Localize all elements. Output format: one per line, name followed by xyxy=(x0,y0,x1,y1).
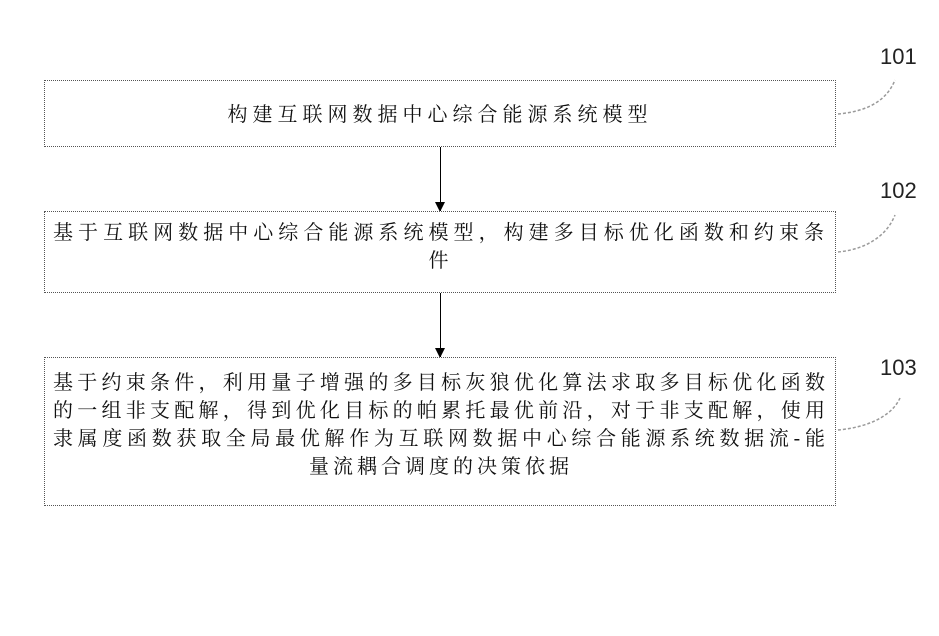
step-text-103: 基于约束条件，利用量子增强的多目标灰狼优化算法求取多目标优化函数的一组非支配解，… xyxy=(53,368,829,480)
step-label-102: 102 xyxy=(880,178,917,204)
leader-line-101 xyxy=(838,80,895,114)
step-text-102: 基于互联网数据中心综合能源系统模型，构建多目标优化函数和约束条件 xyxy=(53,218,829,274)
flow-arrow-102-103 xyxy=(440,293,441,357)
step-box-103: 基于约束条件，利用量子增强的多目标灰狼优化算法求取多目标优化函数的一组非支配解，… xyxy=(44,357,836,506)
step-label-103: 103 xyxy=(880,355,917,381)
leader-line-102 xyxy=(838,215,895,252)
flow-arrow-101-102 xyxy=(440,147,441,211)
step-text-101: 构建互联网数据中心综合能源系统模型 xyxy=(228,100,653,128)
step-label-101: 101 xyxy=(880,44,917,70)
step-box-101: 构建互联网数据中心综合能源系统模型 xyxy=(44,80,836,147)
leader-line-103 xyxy=(838,398,900,430)
step-box-102: 基于互联网数据中心综合能源系统模型，构建多目标优化函数和约束条件 xyxy=(44,211,836,293)
